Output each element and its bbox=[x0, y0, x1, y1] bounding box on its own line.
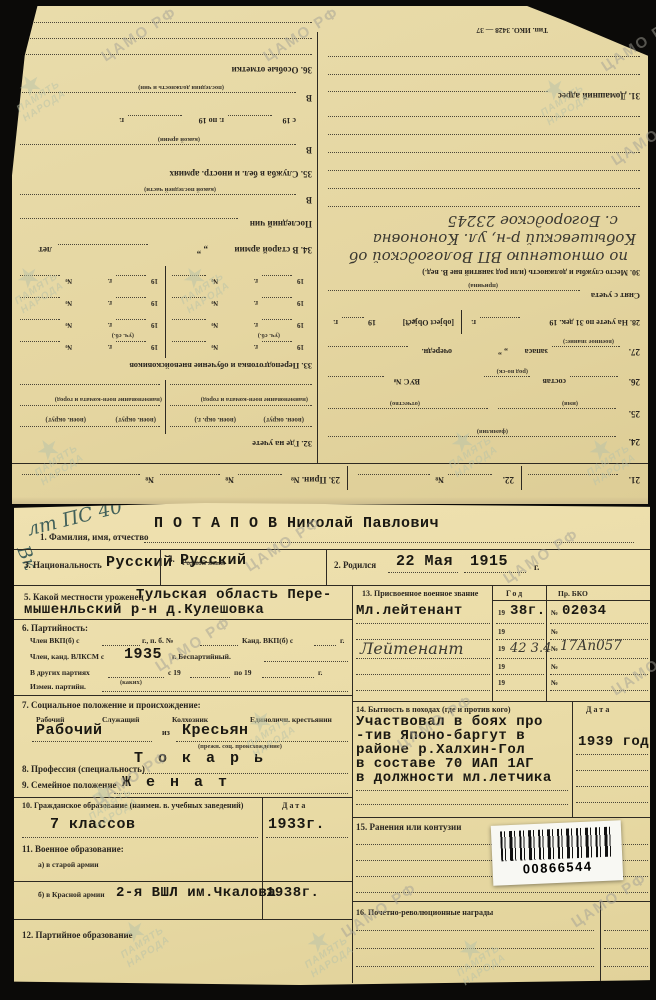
year-suffix: г. bbox=[471, 318, 476, 326]
field-13-order-column: Пр. БКО bbox=[558, 590, 588, 598]
rule bbox=[22, 474, 140, 476]
field-30-label: 30. Место службы и должность (или род за… bbox=[422, 268, 640, 276]
field-35-label: 35. Служба в бел. и иностр. армиях bbox=[169, 169, 312, 178]
field-33-label: 33. Переподготовка и обучение вневойсков… bbox=[129, 362, 312, 371]
rule bbox=[172, 319, 206, 321]
field-7-iz-label: из bbox=[162, 729, 170, 737]
rule bbox=[550, 689, 648, 691]
field-10-date-column: Дата bbox=[282, 802, 307, 810]
rule bbox=[496, 622, 544, 624]
field-32-label: 32. Где на учете bbox=[252, 440, 312, 449]
year-suffix: г. bbox=[534, 563, 539, 572]
rule bbox=[128, 115, 182, 117]
rule bbox=[266, 836, 348, 838]
year-suffix: г. bbox=[254, 343, 258, 350]
rule bbox=[170, 384, 312, 386]
field-6-line1b: г., п. б. № bbox=[142, 637, 173, 645]
field-6-vlksm-year-value: 1935 bbox=[124, 647, 162, 662]
rule bbox=[356, 689, 490, 691]
field-6-label: 6. Партийность: bbox=[22, 624, 88, 633]
field-13-row3-rank-handwritten: Лейтенант bbox=[360, 641, 464, 657]
rule bbox=[114, 792, 348, 794]
rule bbox=[480, 317, 520, 319]
rule bbox=[14, 619, 352, 620]
field-25-hint-patronymic: (отчество) bbox=[390, 400, 420, 407]
field-1-value: П О Т А П О В Николай Павлович bbox=[154, 516, 439, 531]
rule bbox=[498, 408, 616, 410]
rule bbox=[342, 317, 364, 319]
field-10-date: 1933г. bbox=[268, 817, 325, 832]
removed-hint: (причина) bbox=[468, 282, 498, 289]
field-25-hint-name: (имя) bbox=[562, 400, 578, 407]
field-7-value-origin: Кресьян bbox=[182, 723, 249, 738]
field-6-line2a: Член, канд. ВЛКСМ с bbox=[30, 653, 104, 661]
field-27-hint: (военное звание:) bbox=[563, 338, 614, 345]
rule bbox=[14, 919, 352, 920]
rule bbox=[352, 901, 650, 902]
field-6-line3-hint: (каких) bbox=[120, 680, 142, 687]
rule bbox=[328, 91, 548, 93]
rule bbox=[262, 275, 292, 277]
field-14-text-line1: Участвовал в боях про bbox=[356, 715, 543, 729]
divider bbox=[492, 585, 493, 701]
year-19: 19 bbox=[498, 610, 505, 617]
field-5-value-line1: Тульская область Пере- bbox=[136, 588, 332, 602]
rule bbox=[496, 673, 544, 675]
rule bbox=[356, 657, 490, 659]
rule bbox=[190, 676, 230, 678]
rule bbox=[20, 319, 60, 321]
number-sign: № bbox=[65, 321, 72, 328]
field-5-label: 5. Какой местности уроженец bbox=[24, 593, 144, 602]
year-19: 19 bbox=[498, 680, 505, 687]
field-8-value: Т о к а р ь bbox=[134, 751, 266, 766]
number-sign: № bbox=[211, 299, 218, 306]
in-label: В bbox=[306, 145, 312, 154]
field-32-hint-okrug: (воен. округ) bbox=[45, 416, 86, 423]
field-11b-label: б) в Красной армии bbox=[38, 891, 105, 899]
rule bbox=[576, 753, 648, 755]
field-26-sostav: состав bbox=[543, 377, 566, 385]
rule bbox=[328, 346, 408, 348]
field-24-label: 24. bbox=[629, 437, 640, 446]
field-32-hint-okr-g: (воен. окр. г.) bbox=[194, 416, 236, 423]
year-19: 19 bbox=[368, 318, 376, 326]
year-suffix: г. bbox=[333, 318, 338, 326]
rule bbox=[576, 769, 648, 771]
field-11b-date: 1938г. bbox=[266, 886, 319, 900]
field-27-label: 27. bbox=[629, 347, 640, 356]
divider bbox=[572, 701, 573, 817]
year-suffix: г. bbox=[108, 299, 112, 306]
rule bbox=[356, 965, 594, 967]
rule bbox=[20, 144, 296, 146]
print-mark: Тип. ИКО. 3428 — 37 bbox=[476, 27, 548, 35]
rule bbox=[328, 290, 580, 292]
field-36-label: 36. Особые отметки bbox=[232, 65, 313, 74]
field-7-cat-clerk: Служащий bbox=[102, 716, 139, 724]
year-19: 19 bbox=[151, 343, 158, 350]
field-14-label: 14. Бытность в походах (где и против ког… bbox=[356, 706, 511, 714]
rule bbox=[20, 38, 312, 40]
field-3-label: 3. Национальность bbox=[24, 561, 102, 570]
field-14-text-line3: районе р.Халхин-Гол bbox=[356, 743, 525, 757]
year-19: 19 bbox=[151, 277, 158, 284]
number-sign: № bbox=[65, 299, 72, 306]
number-sign: № bbox=[551, 664, 558, 671]
rule bbox=[358, 474, 430, 476]
field-13-row3-number-handwritten: 17Ап057 bbox=[560, 640, 622, 654]
field-14-text-line4: в составе 70 ИАП 1АГ bbox=[356, 757, 534, 771]
rule bbox=[356, 929, 594, 931]
field-14-date-column: Дата bbox=[586, 706, 611, 714]
number-sign: № bbox=[551, 680, 558, 687]
rule bbox=[238, 474, 282, 476]
year-19: 19 bbox=[297, 343, 304, 350]
number-sign: № bbox=[551, 629, 558, 636]
removed-from-register-label: Снят с учета bbox=[591, 292, 640, 301]
rule bbox=[170, 426, 312, 428]
in-label: В bbox=[306, 195, 312, 204]
year-suffix: г. bbox=[108, 321, 112, 328]
field-26-vus: ВУС № bbox=[394, 377, 420, 385]
rule bbox=[228, 115, 272, 117]
rule bbox=[550, 657, 648, 659]
field-5-value-line2: мышенльский р-н д.Кулешовка bbox=[24, 603, 264, 617]
year-19: 19 bbox=[297, 299, 304, 306]
field-9-label: 9. Семейное положение bbox=[22, 781, 117, 790]
rule bbox=[22, 836, 258, 838]
rule bbox=[12, 463, 648, 464]
year-19: 19 bbox=[498, 629, 505, 636]
field-8-label: 8. Профессия (специальность) bbox=[22, 765, 145, 774]
rule bbox=[20, 218, 238, 220]
rule bbox=[20, 405, 160, 407]
field-13-row1-rank: Мл.лейтенант bbox=[356, 604, 463, 618]
rule bbox=[116, 319, 146, 321]
rule bbox=[464, 571, 526, 573]
field-27-zapas: запаса bbox=[525, 347, 548, 355]
rule bbox=[328, 188, 640, 190]
field-12-label: 12. Партийное образование bbox=[22, 931, 133, 940]
rule bbox=[576, 785, 648, 787]
rule bbox=[328, 74, 640, 76]
number-sign: № bbox=[65, 343, 72, 350]
rule bbox=[496, 638, 544, 640]
number-sign: № bbox=[211, 277, 218, 284]
divider bbox=[461, 310, 462, 334]
field-6-line3c: по 19 bbox=[234, 669, 251, 677]
field-32-hint-okrug: (воен. округ) bbox=[263, 416, 304, 423]
rule bbox=[20, 341, 60, 343]
field-33-hint: (уч. сб.) bbox=[258, 332, 280, 339]
field-26-hint: (род во-ск) bbox=[497, 368, 528, 375]
year-19: 19 bbox=[498, 646, 505, 653]
rule bbox=[264, 660, 348, 662]
to-19-label: г. по 19 bbox=[199, 116, 224, 124]
field-27-ocheredn: очередн. bbox=[422, 347, 452, 355]
rule bbox=[116, 297, 146, 299]
number-sign: № bbox=[145, 475, 154, 484]
divider bbox=[165, 380, 166, 434]
field-11b-value: 2-я ВШЛ им.Чкалова bbox=[116, 886, 276, 900]
last-rank-label: Последний чин bbox=[250, 219, 312, 228]
field-33-hint: (уч. сб.) bbox=[112, 332, 134, 339]
year-19: 19 bbox=[297, 321, 304, 328]
rule bbox=[170, 405, 312, 407]
rule bbox=[144, 541, 634, 543]
rule bbox=[352, 701, 650, 702]
rule bbox=[20, 194, 296, 196]
rule bbox=[356, 789, 568, 791]
rule bbox=[550, 622, 648, 624]
field-34-hint-unit: (какой последней части) bbox=[144, 186, 216, 193]
from-19-label: с 19 bbox=[282, 116, 296, 124]
rule bbox=[576, 801, 648, 803]
rule bbox=[550, 673, 648, 675]
fold-edge bbox=[12, 497, 648, 504]
year-19: 19 bbox=[498, 664, 505, 671]
field-6-line4: Измен. партийн. bbox=[30, 683, 86, 691]
number-sign: № bbox=[225, 475, 234, 484]
field-11-label: 11. Военное образование: bbox=[22, 845, 124, 854]
rule bbox=[328, 116, 640, 118]
field-6-line3d: г. bbox=[318, 669, 322, 677]
field-6-line3a: В других партиях bbox=[30, 669, 90, 677]
divider bbox=[165, 266, 166, 358]
rule bbox=[20, 22, 312, 24]
field-1-label: 1. Фамилия, имя, отчество bbox=[40, 533, 149, 542]
rule bbox=[20, 384, 160, 386]
rule bbox=[14, 881, 352, 882]
field-32-hint-komat: (наименование воен-комата и город) bbox=[55, 396, 162, 403]
front-page: лт ПС 40 Вк П О Т А П О В Николай Павлов… bbox=[14, 503, 650, 985]
field-2-value-year: 1915 bbox=[470, 554, 508, 569]
field-31-label: 31. Домашний адрес bbox=[558, 91, 640, 100]
year-suffix: г. bbox=[119, 116, 124, 124]
scanned-military-record-card: 21. 22. № 23. Прин. № № № 24. (фамилия) … bbox=[0, 0, 656, 1000]
rule bbox=[604, 929, 648, 931]
rule bbox=[328, 170, 640, 172]
field-13-row1-number: 02034 bbox=[562, 604, 607, 618]
rule bbox=[448, 474, 492, 476]
field-23-label: 23. Прин. № bbox=[291, 475, 340, 484]
field-11a-label: а) в старой армии bbox=[38, 861, 99, 869]
rule bbox=[314, 644, 336, 646]
rule bbox=[262, 297, 292, 299]
field-13-row1-year: 38г. bbox=[510, 604, 546, 618]
field-14-text-line2: -тив Японо-баргут в bbox=[356, 729, 525, 743]
rule bbox=[356, 622, 490, 624]
field-32-hint-komat: (наименование воен-комата и город) bbox=[201, 396, 308, 403]
number-sign: № bbox=[551, 646, 558, 653]
rule bbox=[108, 676, 164, 678]
rule bbox=[102, 690, 348, 692]
field-24-hint: (фамилия) bbox=[477, 428, 508, 435]
rule bbox=[604, 965, 648, 967]
rule bbox=[200, 644, 238, 646]
rule bbox=[32, 740, 152, 742]
field-34-quote: „ ” bbox=[197, 245, 208, 254]
barcode-sticker: 00866544 bbox=[491, 820, 623, 886]
rule bbox=[14, 695, 352, 696]
column-divider bbox=[317, 32, 318, 464]
rule bbox=[356, 891, 648, 893]
field-28-label: 28. На учете по 31 дек. 19 bbox=[549, 318, 640, 326]
divider bbox=[160, 549, 161, 585]
number-sign: № bbox=[211, 343, 218, 350]
year-suffix: г. bbox=[254, 277, 258, 284]
rule bbox=[570, 376, 618, 378]
rule bbox=[496, 689, 544, 691]
number-sign: № bbox=[211, 321, 218, 328]
field-35-hint-post: (последняя должность и чин) bbox=[138, 84, 224, 91]
field-13-label: 13. Присвоенное военное звание bbox=[362, 590, 478, 598]
field-13-row3-year-handwritten: 42 3.4 bbox=[510, 642, 551, 655]
rule bbox=[492, 600, 650, 601]
field-22-label: 22. bbox=[503, 475, 514, 484]
rule bbox=[116, 341, 146, 343]
rule bbox=[484, 376, 530, 378]
back-page-rotated-content: 21. 22. № 23. Прин. № № № 24. (фамилия) … bbox=[12, 6, 648, 504]
rule bbox=[496, 657, 544, 659]
rule bbox=[172, 341, 206, 343]
in-label: В bbox=[306, 93, 312, 102]
year-suffix: г. bbox=[254, 299, 258, 306]
rule bbox=[14, 797, 352, 798]
field-13-year-column: Год bbox=[506, 590, 524, 598]
rule bbox=[20, 426, 160, 428]
field-32-hint-okrug: (воен. округ) bbox=[115, 416, 156, 423]
field-14-date-value: 1939 года bbox=[578, 735, 656, 749]
field-2-value-date: 22 Мая bbox=[396, 554, 453, 569]
rule bbox=[176, 740, 348, 742]
year-suffix: г. bbox=[254, 321, 258, 328]
rule bbox=[20, 275, 60, 277]
field-16-label: 16. Почетно-революционные награды bbox=[356, 909, 493, 917]
rule bbox=[20, 54, 312, 56]
rule bbox=[14, 585, 650, 586]
rule bbox=[356, 673, 490, 675]
rule bbox=[160, 474, 220, 476]
rule bbox=[58, 244, 148, 246]
barcode-bars bbox=[500, 827, 613, 862]
rule bbox=[14, 549, 650, 550]
year-19: 19 bbox=[151, 299, 158, 306]
divider bbox=[521, 466, 522, 490]
field-6-line2b: г. Беспартийный. bbox=[172, 653, 231, 661]
field-7-value-position: Рабочий bbox=[36, 723, 103, 738]
rule bbox=[552, 346, 620, 348]
rule bbox=[328, 152, 640, 154]
field-10-label: 10. Гражданское образование (наимен. в. … bbox=[22, 802, 243, 810]
rule bbox=[528, 474, 618, 476]
rule bbox=[328, 436, 616, 438]
rule bbox=[388, 571, 458, 573]
field-6-line3b: с 19 bbox=[168, 669, 181, 677]
divider bbox=[326, 549, 327, 585]
rule bbox=[20, 92, 296, 94]
number-sign: № bbox=[551, 610, 558, 617]
rule bbox=[352, 817, 650, 818]
rule bbox=[172, 275, 206, 277]
rule bbox=[356, 947, 594, 949]
field-4-label: 4. bbox=[168, 555, 175, 564]
field-6-line1d: г. bbox=[340, 637, 344, 645]
back-page: 21. 22. № 23. Прин. № № № 24. (фамилия) … bbox=[12, 6, 648, 504]
field-14-text-line5: в должности мл.летчика bbox=[356, 771, 552, 785]
field-6-line1a: Член ВКП(б) с bbox=[30, 637, 79, 645]
rule bbox=[328, 376, 384, 378]
field-21-label: 21. bbox=[629, 475, 640, 484]
rule bbox=[328, 206, 640, 208]
number-sign: № bbox=[65, 277, 72, 284]
column-divider bbox=[352, 585, 353, 983]
field-7-label: 7. Социальное положение и происхождение: bbox=[22, 701, 201, 710]
number-sign: № bbox=[435, 475, 444, 484]
divider bbox=[600, 901, 601, 983]
rule bbox=[262, 676, 314, 678]
field-26-label: 26. bbox=[629, 377, 640, 386]
rule bbox=[328, 134, 640, 136]
field-9-value: Ж е н а т bbox=[122, 775, 230, 790]
year-suffix: г. bbox=[108, 343, 112, 350]
divider bbox=[347, 466, 348, 490]
rule bbox=[172, 297, 206, 299]
rule bbox=[328, 408, 488, 410]
year-19: 19 bbox=[151, 321, 158, 328]
field-30-handwriting-line2: Кобышевский р-н, ул. Кононовна bbox=[373, 231, 636, 246]
field-34-let: лет bbox=[39, 245, 52, 254]
year-19: 19 bbox=[297, 277, 304, 284]
rule bbox=[328, 56, 640, 58]
rule bbox=[262, 341, 292, 343]
field-10-value: 7 классов bbox=[50, 817, 136, 832]
field-30-handwriting-line1: по отношению ВП Вологодской об bbox=[349, 249, 628, 264]
field-2-label: 2. Родился bbox=[334, 561, 376, 570]
rule bbox=[116, 275, 146, 277]
rule bbox=[604, 947, 648, 949]
field-3-value: Русский bbox=[106, 555, 173, 570]
rule bbox=[262, 319, 292, 321]
year-suffix: г. bbox=[108, 277, 112, 284]
field-29-quote: „ ” bbox=[406, 318, 416, 326]
field-15-label: 15. Ранения или контузии bbox=[356, 823, 461, 832]
field-4-value: Русский bbox=[180, 553, 247, 568]
field-27-quote: „ ” bbox=[498, 347, 508, 355]
field-7-cat-peasant: Единоличн. крестьянин bbox=[250, 716, 332, 724]
field-34-label: 34. В старой армии bbox=[234, 245, 312, 254]
rule bbox=[20, 297, 60, 299]
rule bbox=[356, 803, 568, 805]
field-35-hint-army: (какой армии) bbox=[158, 136, 200, 143]
field-25-label: 25. bbox=[629, 409, 640, 418]
field-6-line1c: Канд. ВКП(б) с bbox=[242, 637, 293, 645]
field-30-handwriting-line3: с. Богородское 23245 bbox=[448, 213, 619, 228]
